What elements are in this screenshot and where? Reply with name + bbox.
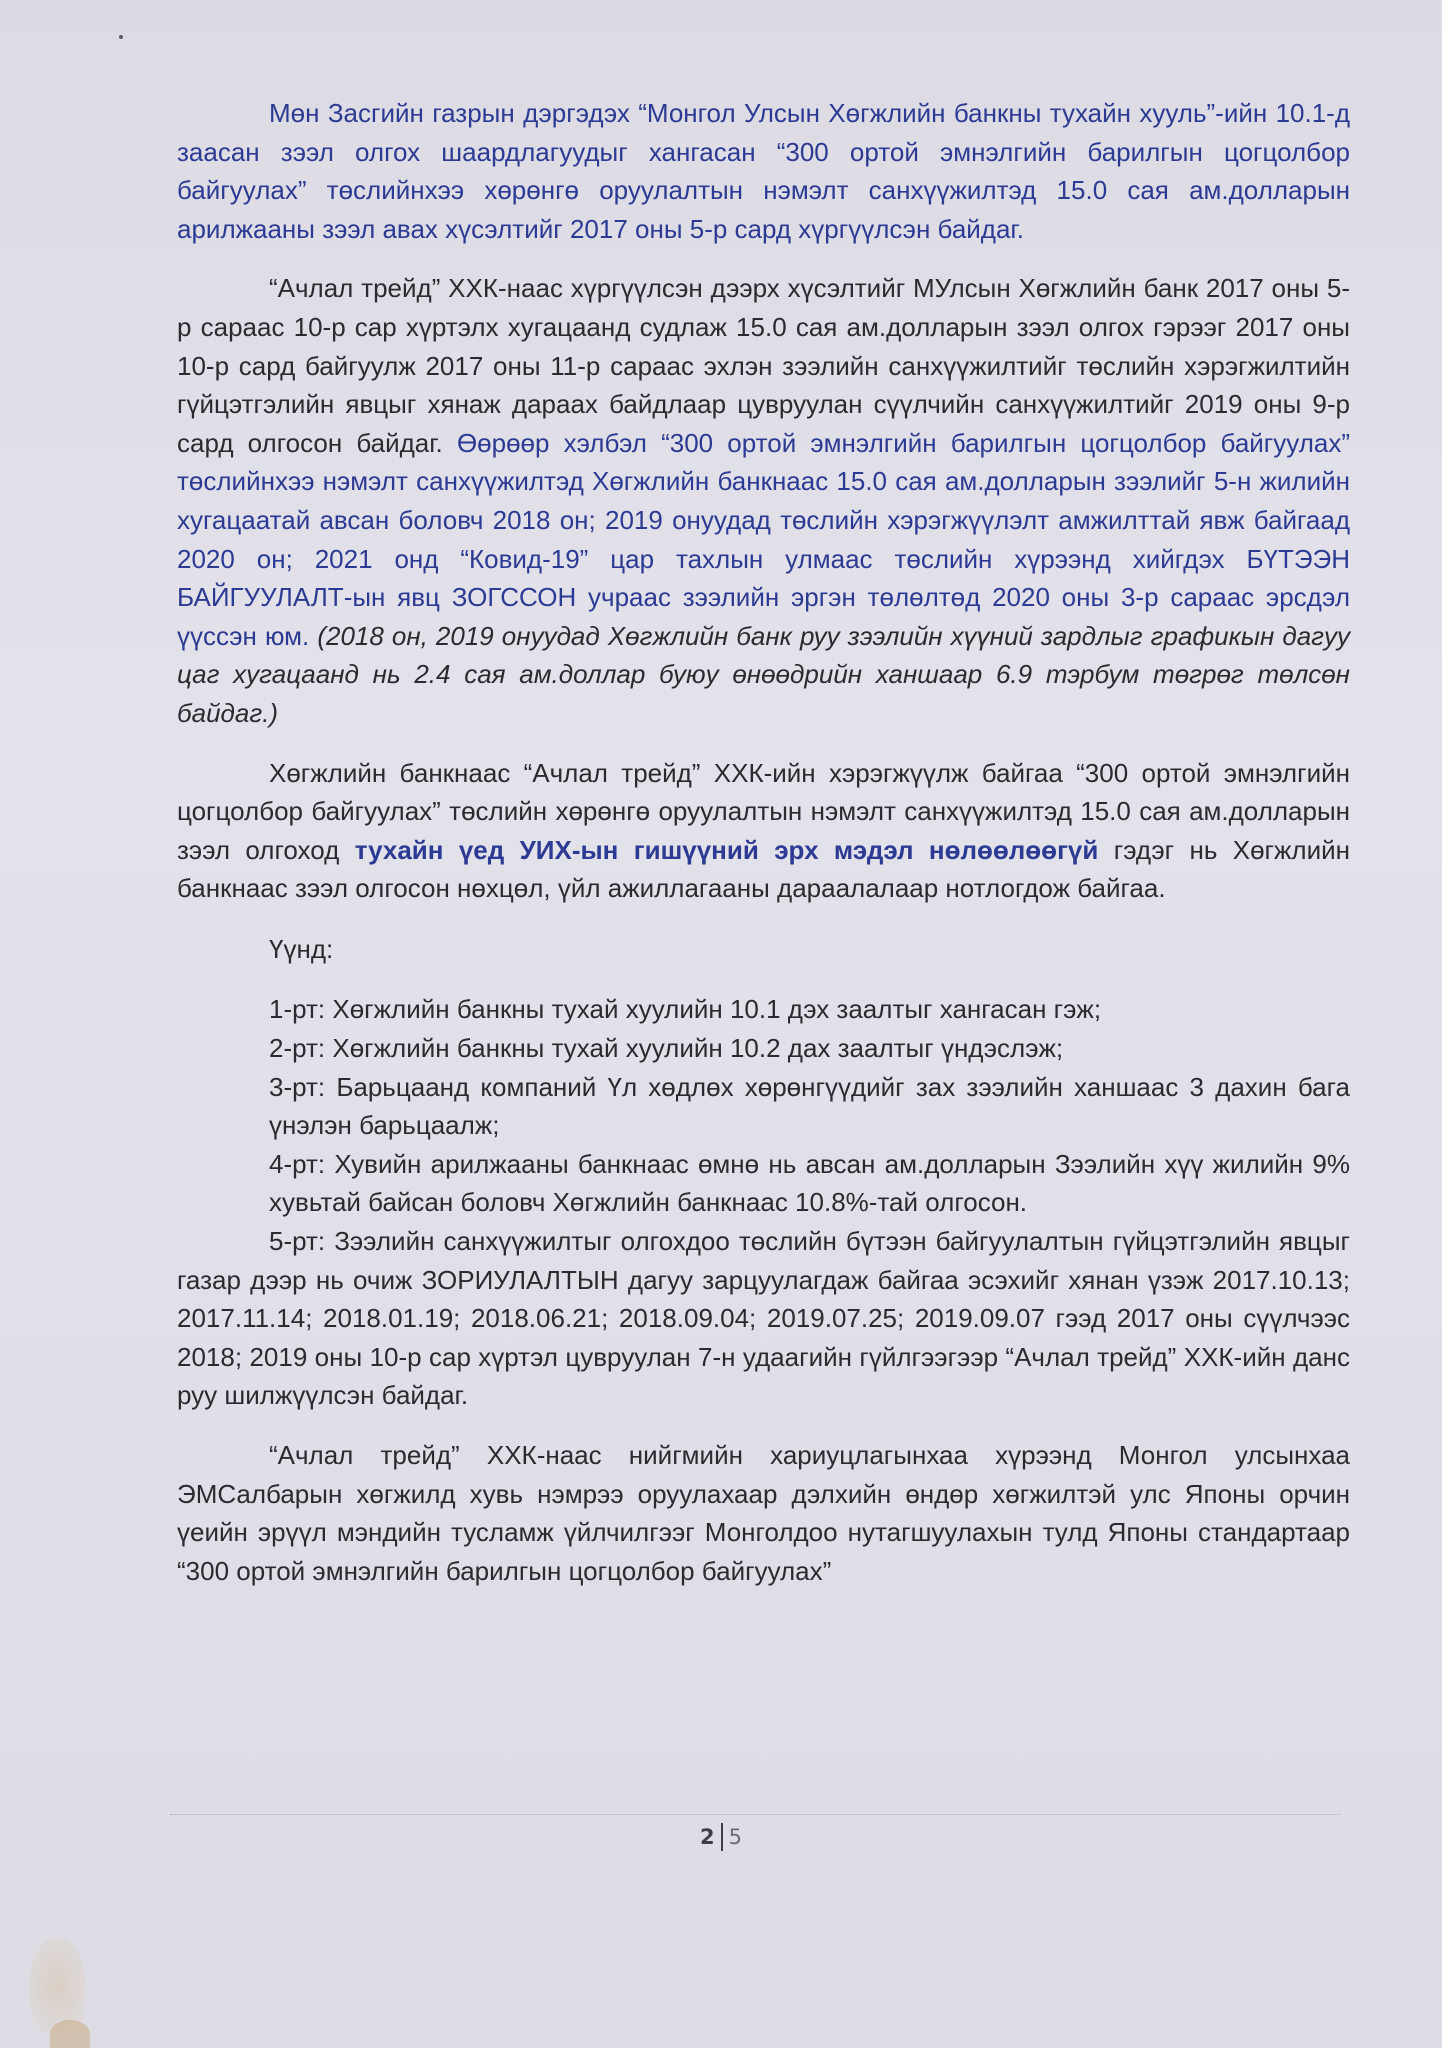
paper-speck	[119, 35, 123, 39]
paragraph-social-responsibility: “Ачлал трейд” ХХК-наас нийгмийн хариуцла…	[177, 1436, 1350, 1590]
page-number: 25	[0, 1823, 1442, 1851]
document-body: Мөн Засгийн газрын дэргэдэх “Монгол Улсы…	[177, 94, 1350, 1611]
paragraph-loan-process: “Ачлал трейд” ХХК-наас хүргүүлсэн дээрх …	[177, 269, 1350, 732]
page-number-separator	[721, 1823, 723, 1851]
footer-divider	[170, 1814, 1340, 1815]
total-pages-number: 5	[729, 1825, 742, 1849]
reason-item-4: 4-рт: Хувийн арилжааны банкнаас өмнө нь …	[177, 1145, 1350, 1222]
paper-stain-edge	[50, 2020, 90, 2048]
reasons-list: 1-рт: Хөгжлийн банкны тухай хуулийн 10.1…	[177, 990, 1350, 1415]
paragraph-intro: Мөн Засгийн газрын дэргэдэх “Монгол Улсы…	[177, 94, 1350, 248]
reason-text: 4-рт: Хувийн арилжааны банкнаас өмнө нь …	[269, 1149, 1350, 1218]
reason-item-2: 2-рт: Хөгжлийн банкны тухай хуулийн 10.2…	[177, 1029, 1350, 1068]
text-run-blue: Өөрөөр хэлбэл “300 ортой эмнэлгийн барил…	[177, 428, 1350, 651]
paper-stain	[30, 1938, 85, 2033]
reason-item-3: 3-рт: Барьцаанд компаний Үл хөдлөх хөрөн…	[177, 1068, 1350, 1145]
text-run-blue: Мөн Засгийн газрын дэргэдэх “Монгол Улсы…	[177, 98, 1350, 244]
document-page: Мөн Засгийн газрын дэргэдэх “Монгол Улсы…	[0, 0, 1442, 2048]
text-run-bold-blue: тухайн үед УИХ-ын гишүүний эрх мэдэл нөл…	[355, 835, 1099, 865]
current-page-number: 2	[700, 1825, 715, 1849]
reason-item-5: 5-рт: Зээлийн санхүүжилтыг олгохдоо төсл…	[177, 1222, 1350, 1415]
reason-item-1: 1-рт: Хөгжлийн банкны тухай хуулийн 10.1…	[177, 990, 1350, 1029]
reason-text: 3-рт: Барьцаанд компаний Үл хөдлөх хөрөн…	[269, 1072, 1350, 1141]
paragraph-no-influence: Хөгжлийн банкнаас “Ачлал трейд” ХХК-ийн …	[177, 754, 1350, 908]
text-run-italic: (2018 он, 2019 онуудад Хөгжлийн банк руу…	[177, 621, 1350, 728]
reasons-heading: Үүнд:	[177, 930, 1350, 969]
